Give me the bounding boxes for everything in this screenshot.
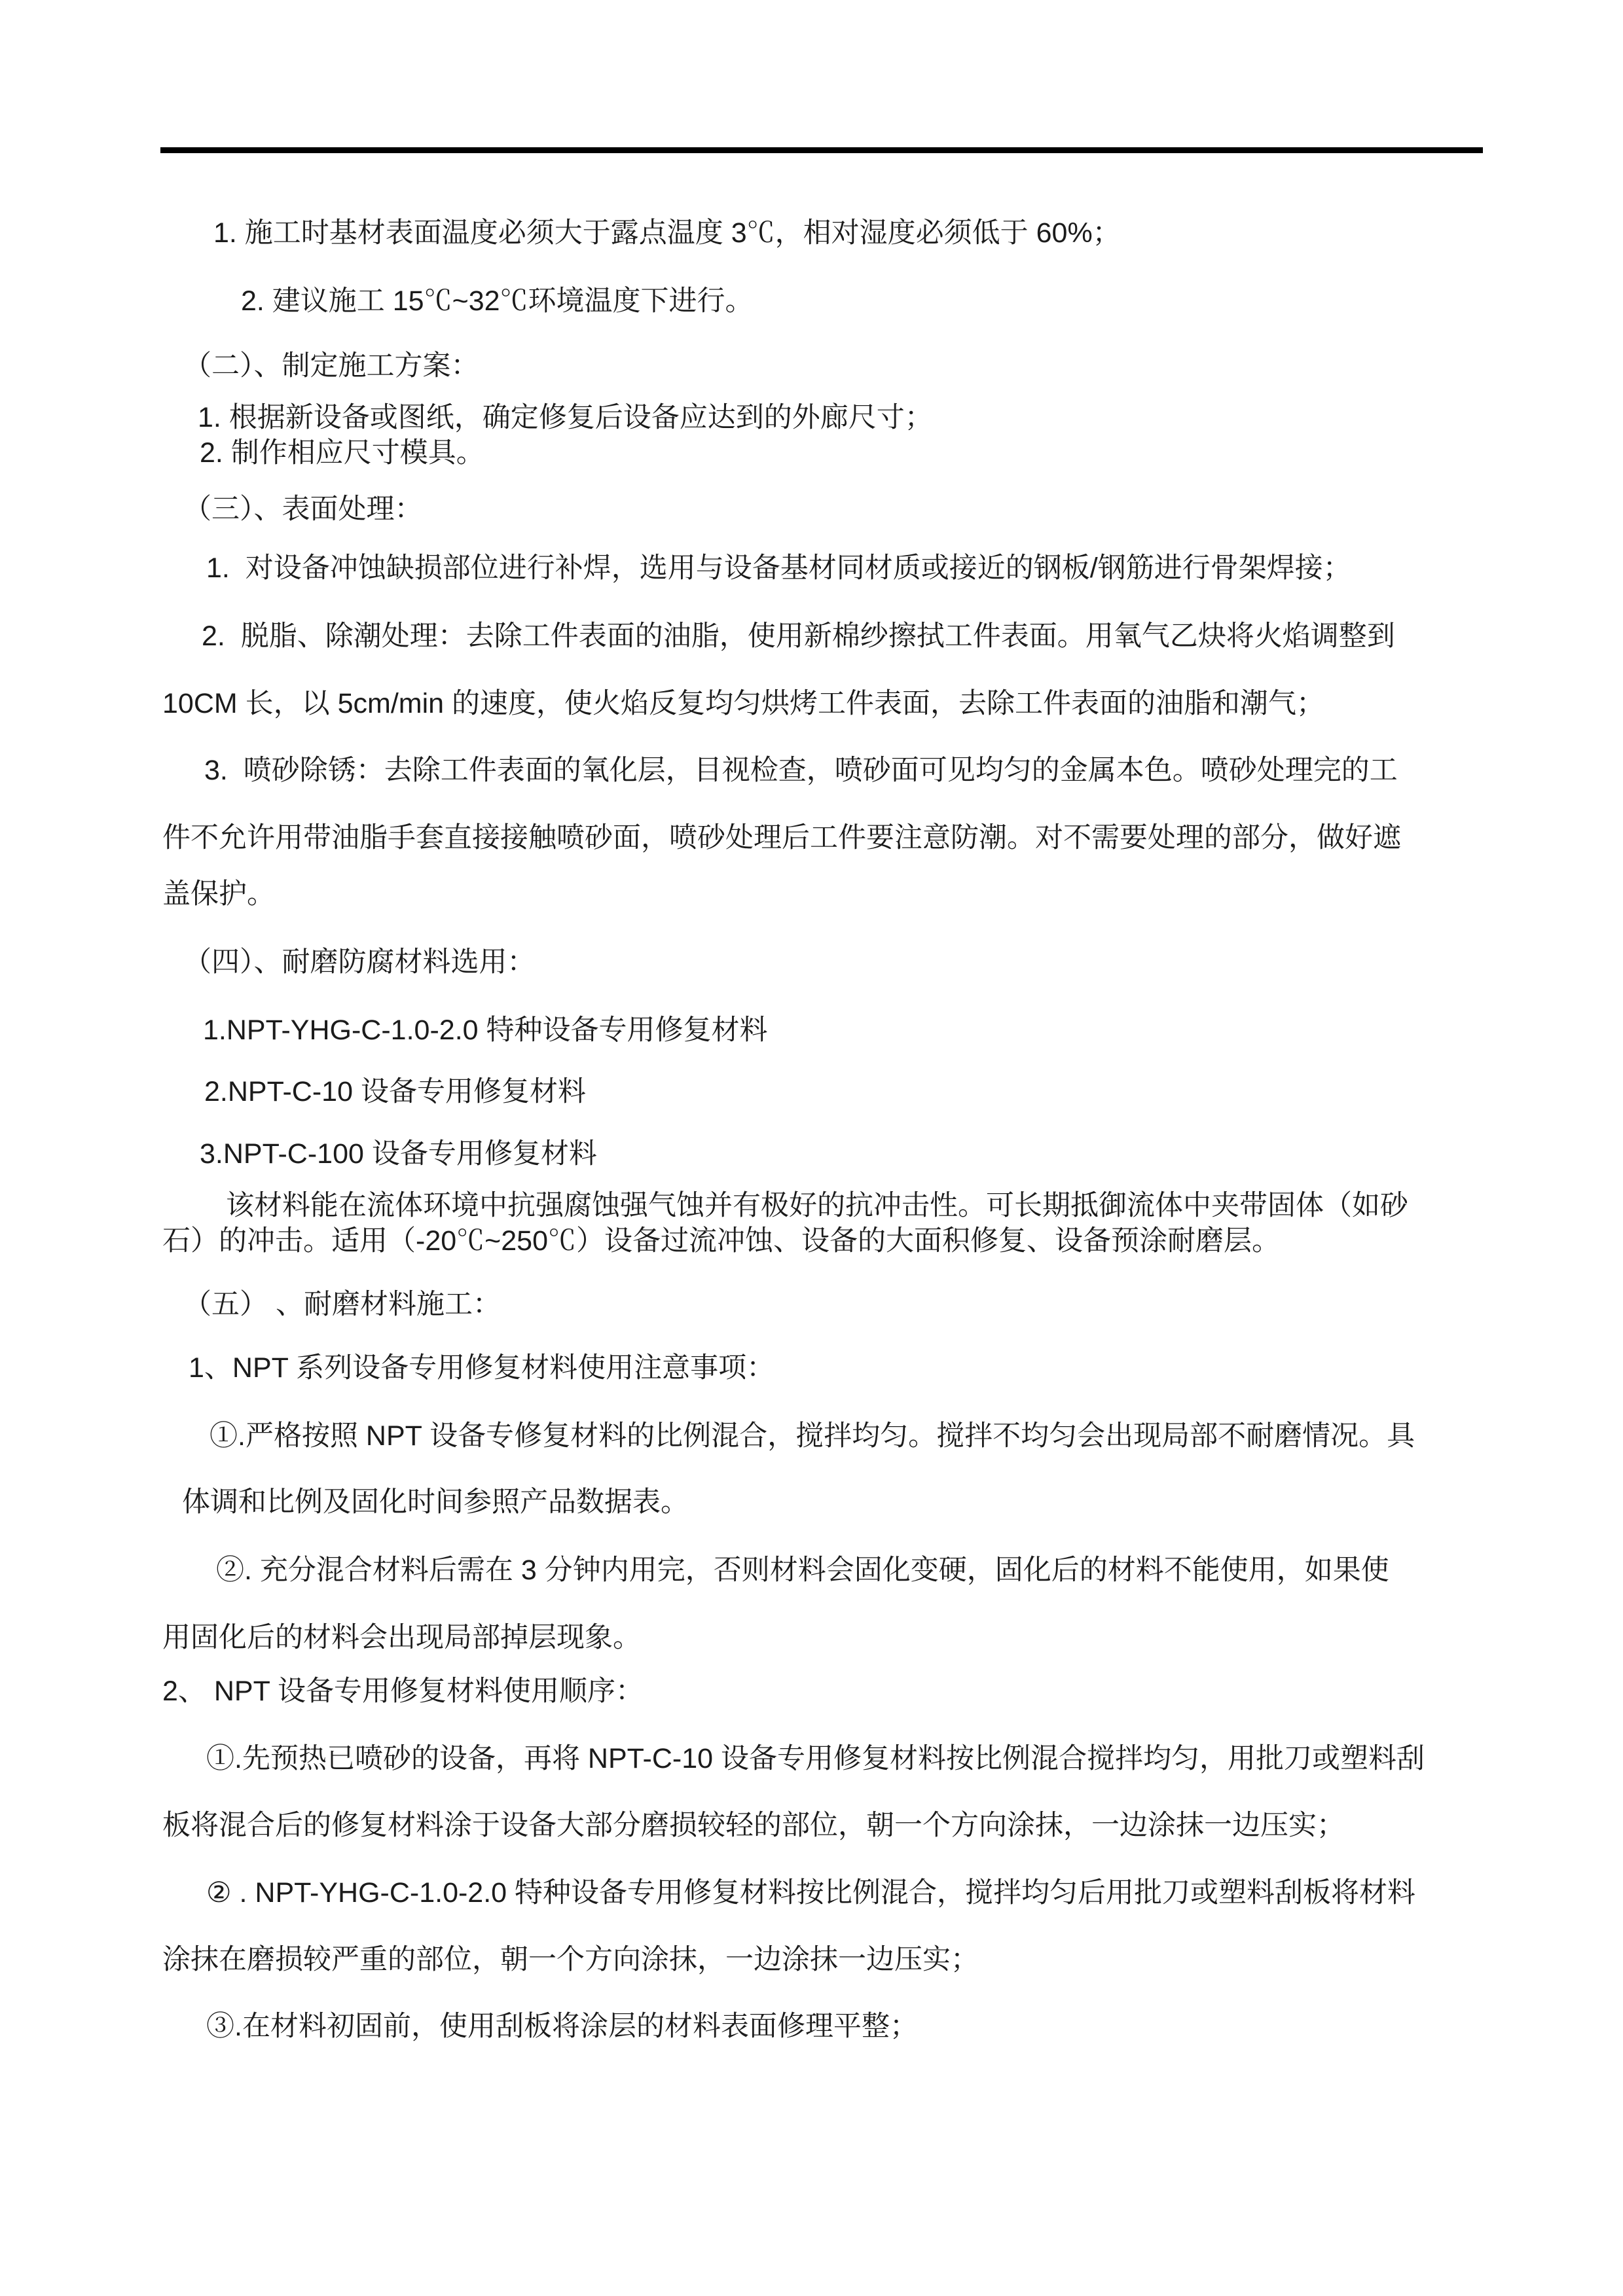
section-heading: （二）、制定施工方案： bbox=[183, 350, 479, 382]
text-line: 石）的冲击。适用（-20℃~250℃）设备过流冲蚀、设备的大面积修复、设备预涂耐… bbox=[162, 1225, 1280, 1257]
section-heading: （五） 、耐磨材料施工： bbox=[183, 1288, 501, 1321]
text-line: 涂抹在磨损较严重的部位，朝一个方向涂抹，一边涂抹一边压实； bbox=[162, 1943, 979, 1976]
text-line: 2. 制作相应尺寸模具。 bbox=[200, 437, 484, 469]
text-line: 1. 施工时基材表面温度必须大于露点温度 3℃，相对湿度必须低于 60%； bbox=[213, 217, 1121, 249]
text-line: ①.先预热已喷砂的设备，再将 NPT-C-10 设备专用修复材料按比例混合搅拌均… bbox=[206, 1742, 1425, 1775]
text-line: 用固化后的材料会出现局部掉层现象。 bbox=[162, 1621, 641, 1654]
text-line: 体调和比例及固化时间参照产品数据表。 bbox=[182, 1486, 689, 1518]
text-line: 10CM 长，以 5cm/min 的速度，使火焰反复均匀烘烤工件表面，去除工件表… bbox=[162, 687, 1324, 720]
text-line: 1、NPT 系列设备专用修复材料使用注意事项： bbox=[189, 1352, 775, 1384]
text-line: 1. 对设备冲蚀缺损部位进行补焊，选用与设备基材同材质或接近的钢板/钢筋进行骨架… bbox=[206, 552, 1351, 584]
text-line: ①.严格按照 NPT 设备专修复材料的比例混合，搅拌均匀。搅拌不均匀会出现局部不… bbox=[210, 1420, 1415, 1452]
text-line: 盖保护。 bbox=[162, 878, 275, 910]
text-line: ③.在材料初固前，使用刮板将涂层的材料表面修理平整； bbox=[206, 2010, 918, 2043]
document-page: 1. 施工时基材表面温度必须大于露点温度 3℃，相对湿度必须低于 60%； 2.… bbox=[0, 0, 1623, 2296]
text-line: ② . NPT-YHG-C-1.0-2.0 特种设备专用修复材料按比例混合，搅拌… bbox=[206, 1876, 1415, 1909]
text-line: 板将混合后的修复材料涂于设备大部分磨损较轻的部位，朝一个方向涂抹，一边涂抹一边压… bbox=[162, 1809, 1345, 1842]
text-line: 2.NPT-C-10 设备专用修复材料 bbox=[204, 1075, 586, 1108]
text-line: 3.NPT-C-100 设备专用修复材料 bbox=[200, 1138, 597, 1170]
text-line: 1. 根据新设备或图纸，确定修复后设备应达到的外廊尺寸； bbox=[198, 401, 933, 434]
section-heading: （三）、表面处理： bbox=[183, 493, 423, 526]
text-line: 2. 脱脂、除潮处理：去除工件表面的油脂，使用新棉纱擦拭工件表面。用氧气乙炔将火… bbox=[202, 620, 1395, 653]
text-line: 2. 建议施工 15℃~32℃环境温度下进行。 bbox=[241, 285, 754, 317]
text-line: 该材料能在流体环境中抗强腐蚀强气蚀并有极好的抗冲击性。可长期抵御流体中夹带固体（… bbox=[226, 1189, 1408, 1222]
text-line: 1.NPT-YHG-C-1.0-2.0 特种设备专用修复材料 bbox=[203, 1014, 768, 1047]
text-line: ②. 充分混合材料后需在 3 分钟内用完，否则材料会固化变硬，固化后的材料不能使… bbox=[216, 1554, 1389, 1587]
header-rule bbox=[160, 147, 1483, 153]
text-line: 件不允许用带油脂手套直接接触喷砂面，喷砂处理后工件要注意防潮。对不需要处理的部分… bbox=[162, 821, 1401, 854]
section-heading: （四）、耐磨防腐材料选用： bbox=[183, 946, 536, 978]
text-line: 2、 NPT 设备专用修复材料使用顺序： bbox=[162, 1675, 644, 1708]
text-line: 3. 喷砂除锈：去除工件表面的氧化层，目视检查，喷砂面可见均匀的金属本色。喷砂处… bbox=[204, 754, 1398, 787]
